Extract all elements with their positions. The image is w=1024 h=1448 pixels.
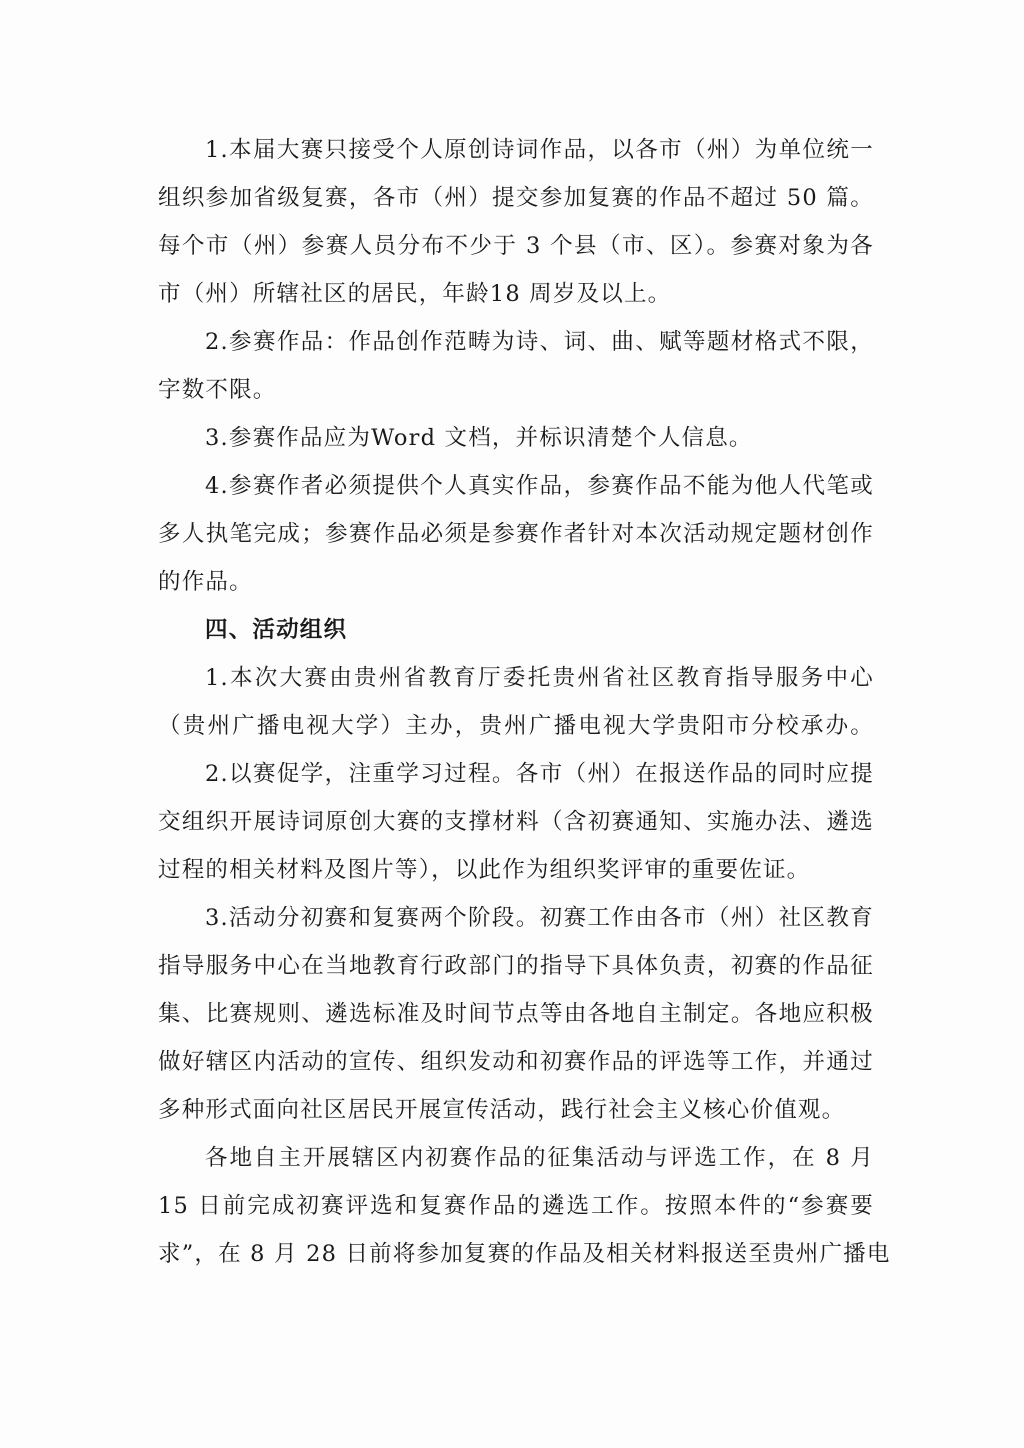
text-line: 集、比赛规则、遴选标准及时间节点等由各地自主制定。各地应积极 (158, 990, 874, 1038)
text-line: 交组织开展诗词原创大赛的支撑材料（含初赛通知、实施办法、遴选 (158, 798, 874, 846)
text-line: 4.参赛作者必须提供个人真实作品，参赛作品不能为他人代笔或 (205, 462, 874, 510)
document-page: 1.本届大赛只接受个人原创诗词作品，以各市（州）为单位统一组织参加省级复赛，各市… (0, 0, 1024, 1448)
text-line: 多种形式面向社区居民开展宣传活动，践行社会主义核心价值观。 (158, 1086, 874, 1134)
text-line: 2.参赛作品：作品创作范畴为诗、词、曲、赋等题材格式不限， (205, 318, 874, 366)
text-line: 3.活动分初赛和复赛两个阶段。初赛工作由各市（州）社区教育 (205, 894, 874, 942)
text-line: 每个市（州）参赛人员分布不少于 3 个县（市、区）。参赛对象为各 (158, 222, 874, 270)
text-line: 各地自主开展辖区内初赛作品的征集活动与评选工作，在 8 月 (205, 1134, 874, 1182)
text-line: 字数不限。 (158, 366, 874, 414)
text-line: 2.以赛促学，注重学习过程。各市（州）在报送作品的同时应提 (205, 750, 874, 798)
text-line: 求”，在 8 月 28 日前将参加复赛的作品及相关材料报送至贵州广播电 (158, 1230, 874, 1278)
text-line: 过程的相关材料及图片等），以此作为组织奖评审的重要佐证。 (158, 846, 874, 894)
section-heading: 四、活动组织 (205, 606, 874, 654)
text-line: 做好辖区内活动的宣传、组织发动和初赛作品的评选等工作，并通过 (158, 1038, 874, 1086)
text-line: 3.参赛作品应为Word 文档，并标识清楚个人信息。 (205, 414, 874, 462)
text-line: （贵州广播电视大学）主办，贵州广播电视大学贵阳市分校承办。 (158, 702, 874, 750)
text-line: 组织参加省级复赛，各市（州）提交参加复赛的作品不超过 50 篇。 (158, 174, 874, 222)
text-line: 的作品。 (158, 558, 874, 606)
text-line: 多人执笔完成；参赛作品必须是参赛作者针对本次活动规定题材创作 (158, 510, 874, 558)
text-line: 1.本届大赛只接受个人原创诗词作品，以各市（州）为单位统一 (205, 126, 874, 174)
text-line: 指导服务中心在当地教育行政部门的指导下具体负责，初赛的作品征 (158, 942, 874, 990)
text-line: 市（州）所辖社区的居民，年龄18 周岁及以上。 (158, 270, 874, 318)
text-line: 15 日前完成初赛评选和复赛作品的遴选工作。按照本件的“参赛要 (158, 1182, 874, 1230)
text-line: 1.本次大赛由贵州省教育厅委托贵州省社区教育指导服务中心 (205, 654, 874, 702)
